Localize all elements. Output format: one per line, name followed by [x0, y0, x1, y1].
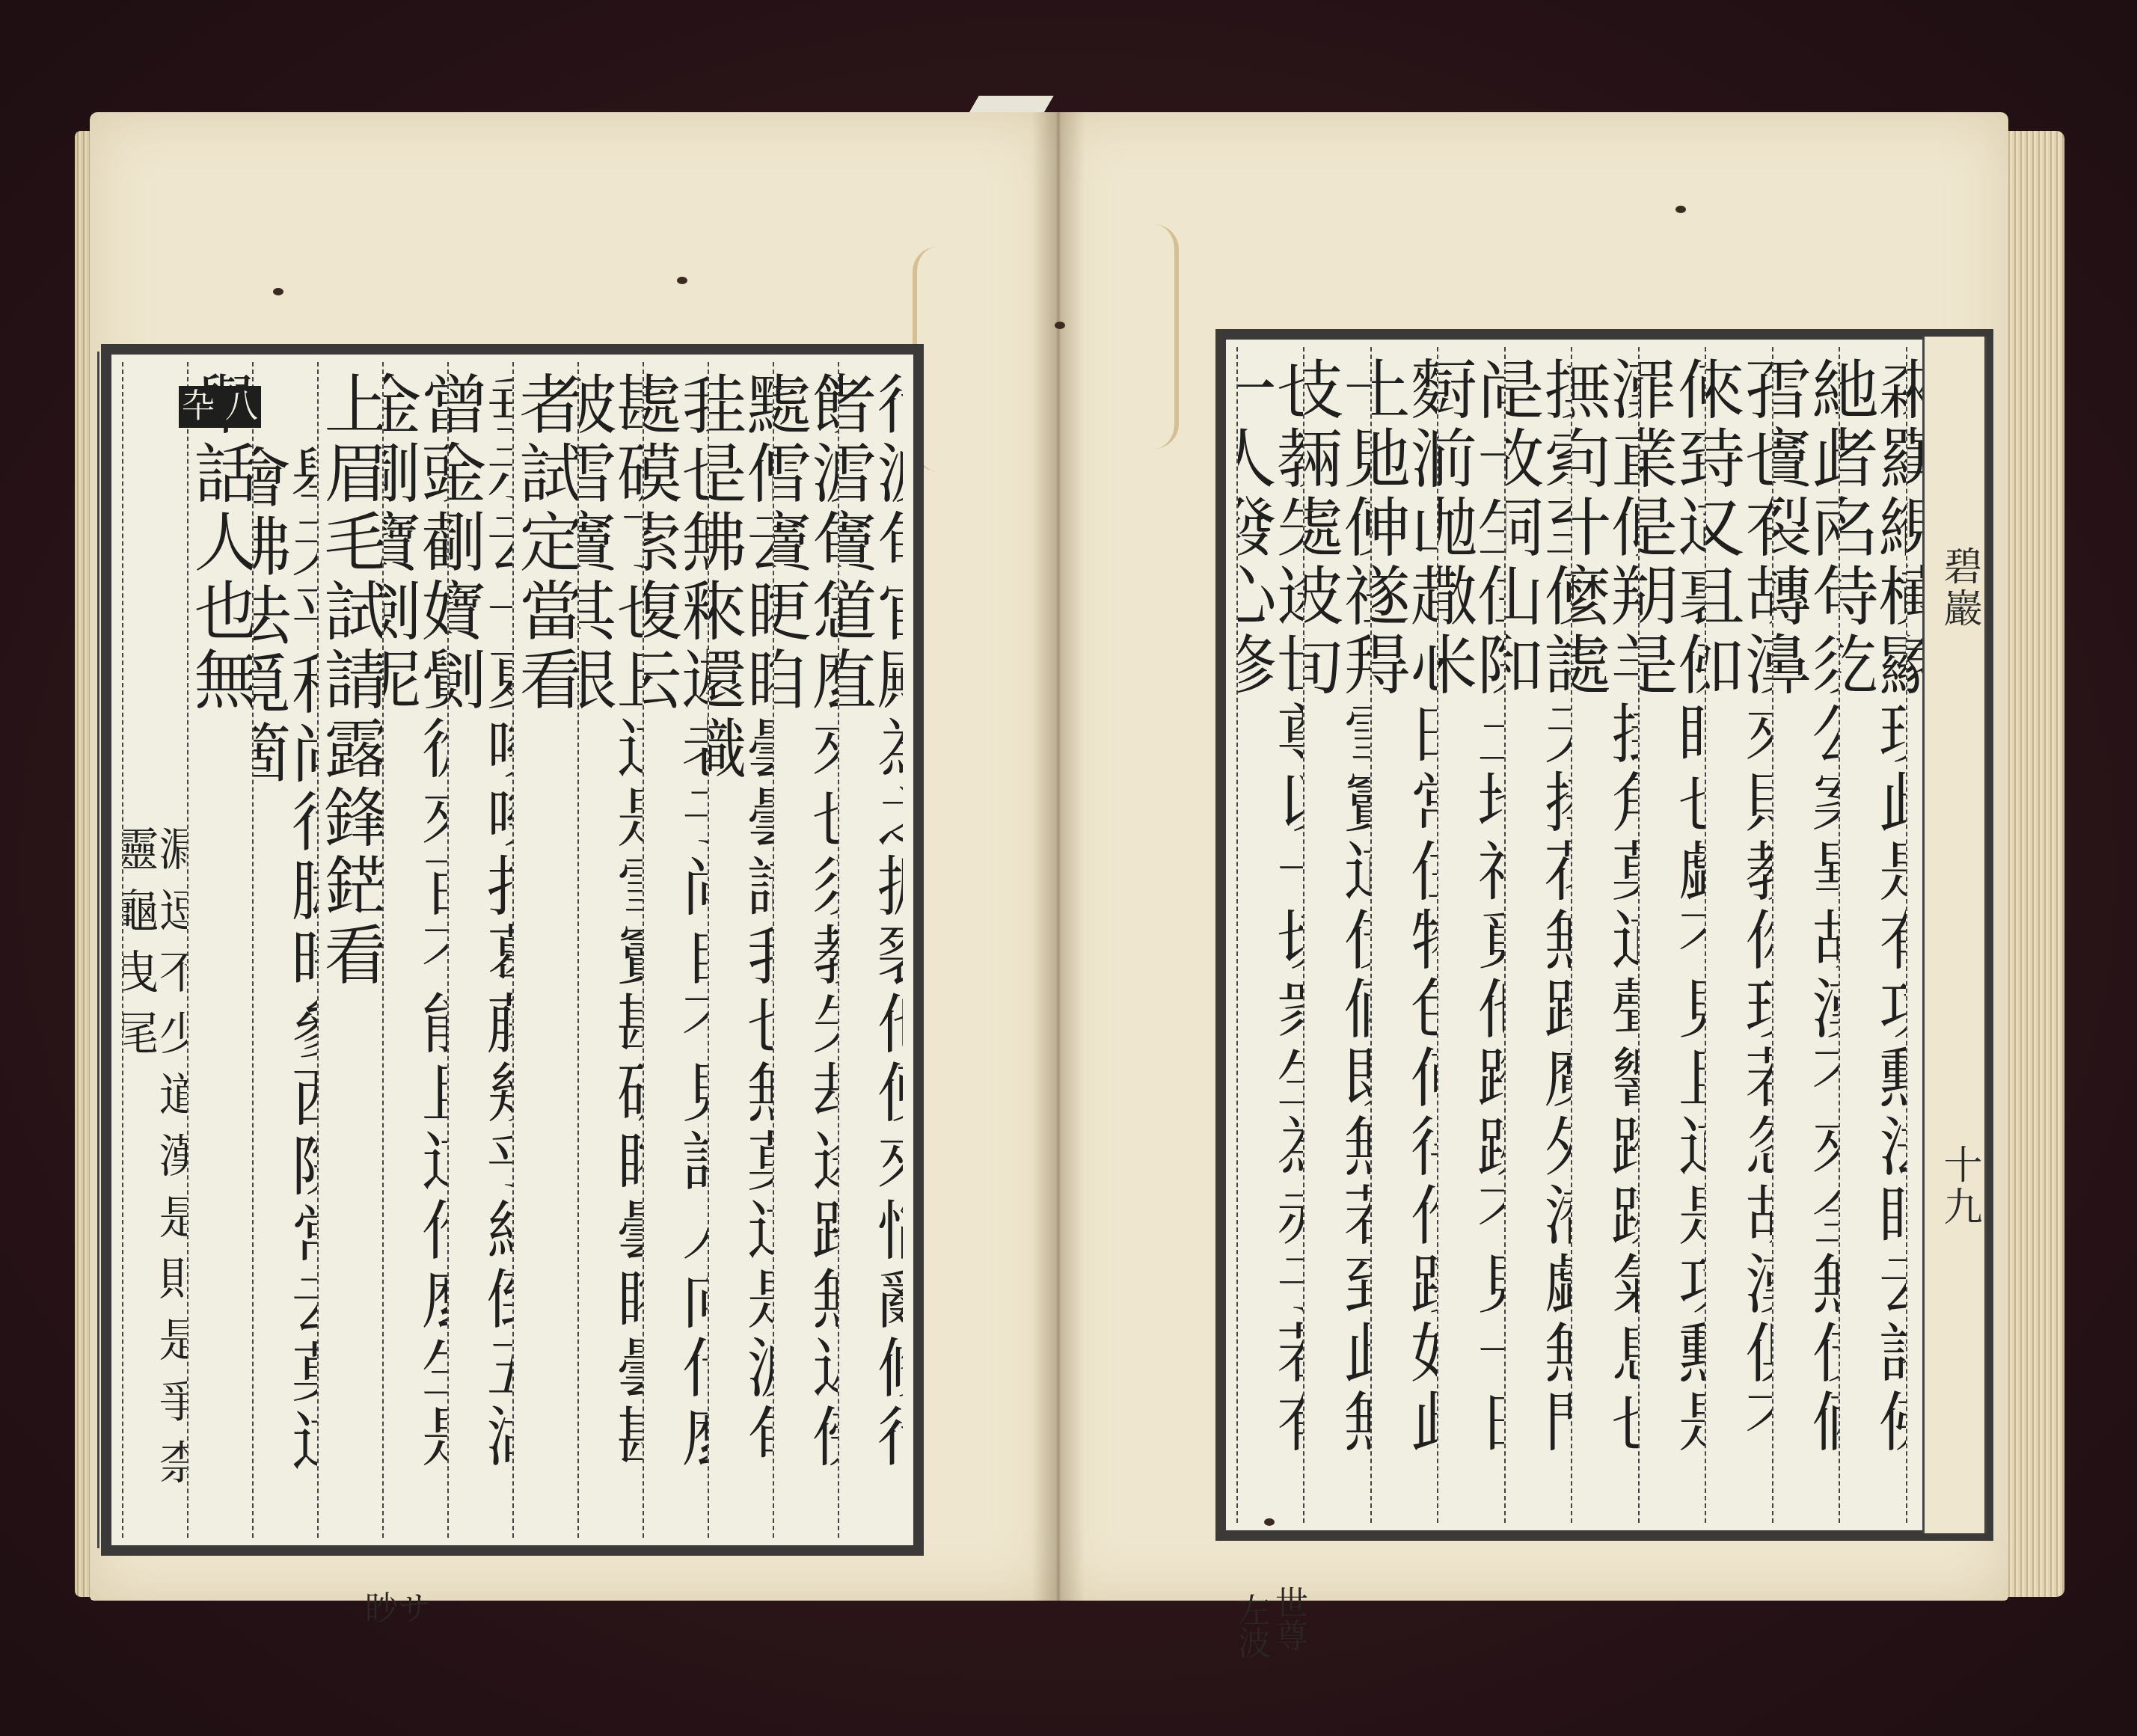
- case-number: 八: [225, 387, 258, 426]
- right-text-frame: 珠賞之他得此珠自然會用胡來胡現漢來漢現萬象 森羅縱横顯現此是有功勲法眼云諸佛地者…: [1215, 329, 1993, 1541]
- text-column: 舉話人也無: [187, 362, 252, 1538]
- water-stain-right: [1129, 224, 1179, 449]
- text-column: 孔也有胡漢來則教你現若忽胡漢俱不來時又且如: [1705, 347, 1771, 1523]
- text-column: 森羅縱横顯現此是有功勲法眼云諸佛地者名持訖: [1839, 347, 1905, 1523]
- text-column-commentary: 漏逗不少道漢是則是爭柰靈龜曳尾: [122, 362, 187, 1538]
- text-column: 何到這裏佛眼也覷不見且道是功勲是罪業是胡是: [1638, 347, 1705, 1523]
- text-column: 經此兩句須公案畢胡漢不來全無伎倆雪竇裂轉鼻: [1772, 347, 1839, 1523]
- text-column: 麪洞山起心曰常住物色何得作踐如此土地神遂得: [1370, 347, 1437, 1523]
- text-column: 尚一生住院土地神覓他蹤跡不見一日厨前抛撒米: [1437, 347, 1503, 1523]
- text-column: 漢直似羚羊掛角莫道聲響蹤跡氣息也無向什麼處: [1571, 347, 1637, 1523]
- left-columns: 行波旬官殿為之振裂他便來惱亂修行者雪竇道直 饒波旬恁麼來也須教失却途路無近傍處雪…: [111, 355, 913, 1545]
- right-margin-strip: [1922, 337, 1987, 1533]
- wormhole: [1055, 322, 1065, 329]
- text-column: 一見便禮拜雪竇道伎倆既無若到此無伎倆處波旬: [1303, 347, 1370, 1523]
- text-column: 行波旬官殿為之振裂他便來惱亂修行者雪竇道直: [838, 362, 903, 1538]
- wormhole: [273, 288, 283, 295]
- handwritten-note-right-2: 世尊: [1264, 1586, 1312, 1651]
- book-gutter: [1032, 112, 1085, 1601]
- right-margin-folio: 十九: [1931, 1144, 1987, 1228]
- right-margin-title: 碧巖: [1931, 546, 1987, 630]
- text-column: 上眉毛試請露鋒鋩看: [317, 362, 382, 1538]
- right-columns: 珠賞之他得此珠自然會用胡來胡現漢來漢現萬象 森羅縱横顯現此是有功勲法眼云諸佛地者…: [1226, 340, 1983, 1530]
- text-column: 者試定當看: [512, 362, 577, 1538]
- handwritten-note-left: 眇サ: [365, 1582, 431, 1630]
- text-column: 點僧云矐矐曇曇識我也無莫道是波旬佳是佛來還識: [708, 362, 773, 1538]
- text-column: 饒波旬恁麼來也須教失却途路無近傍處雪竇更自: [773, 362, 838, 1538]
- text-column: 勘破了也且道是雪竇勘破矐曇矐曇勘破雪竇其眼: [577, 362, 643, 1538]
- wormhole: [1675, 206, 1686, 213]
- case-number-top: 卆: [182, 387, 215, 426]
- text-column: 垂示云一夏嘮嘮打葛藤幾乎絆倒五湖僧金剛寶劍: [447, 362, 512, 1538]
- left-text-frame: 行波旬官殿為之振裂他便來惱亂修行者雪竇道直 饒波旬恁麼來也須教失却途路無近傍處雪…: [101, 344, 924, 1556]
- text-column: 舉天平和尚行脚時參西院常云莫道會佛法覓箇: [252, 362, 317, 1538]
- wormhole: [677, 277, 687, 284]
- text-column: 我也無釋迦老子尚自不見諸人向什麼處摸索復云: [643, 362, 708, 1538]
- case-number-label: 卆 八: [179, 386, 261, 428]
- text-column: 摸索至使諸天捧花無路魔外潜覷無門是故洞山和: [1504, 347, 1571, 1523]
- text-column: 也教失途世尊以一切衆生為赤子若有一人發心修: [1236, 347, 1303, 1523]
- wormhole: [1264, 1518, 1275, 1526]
- text-column: 當頭截始覺從來百不能且道作麼生是金剛寶劍呢: [382, 362, 447, 1538]
